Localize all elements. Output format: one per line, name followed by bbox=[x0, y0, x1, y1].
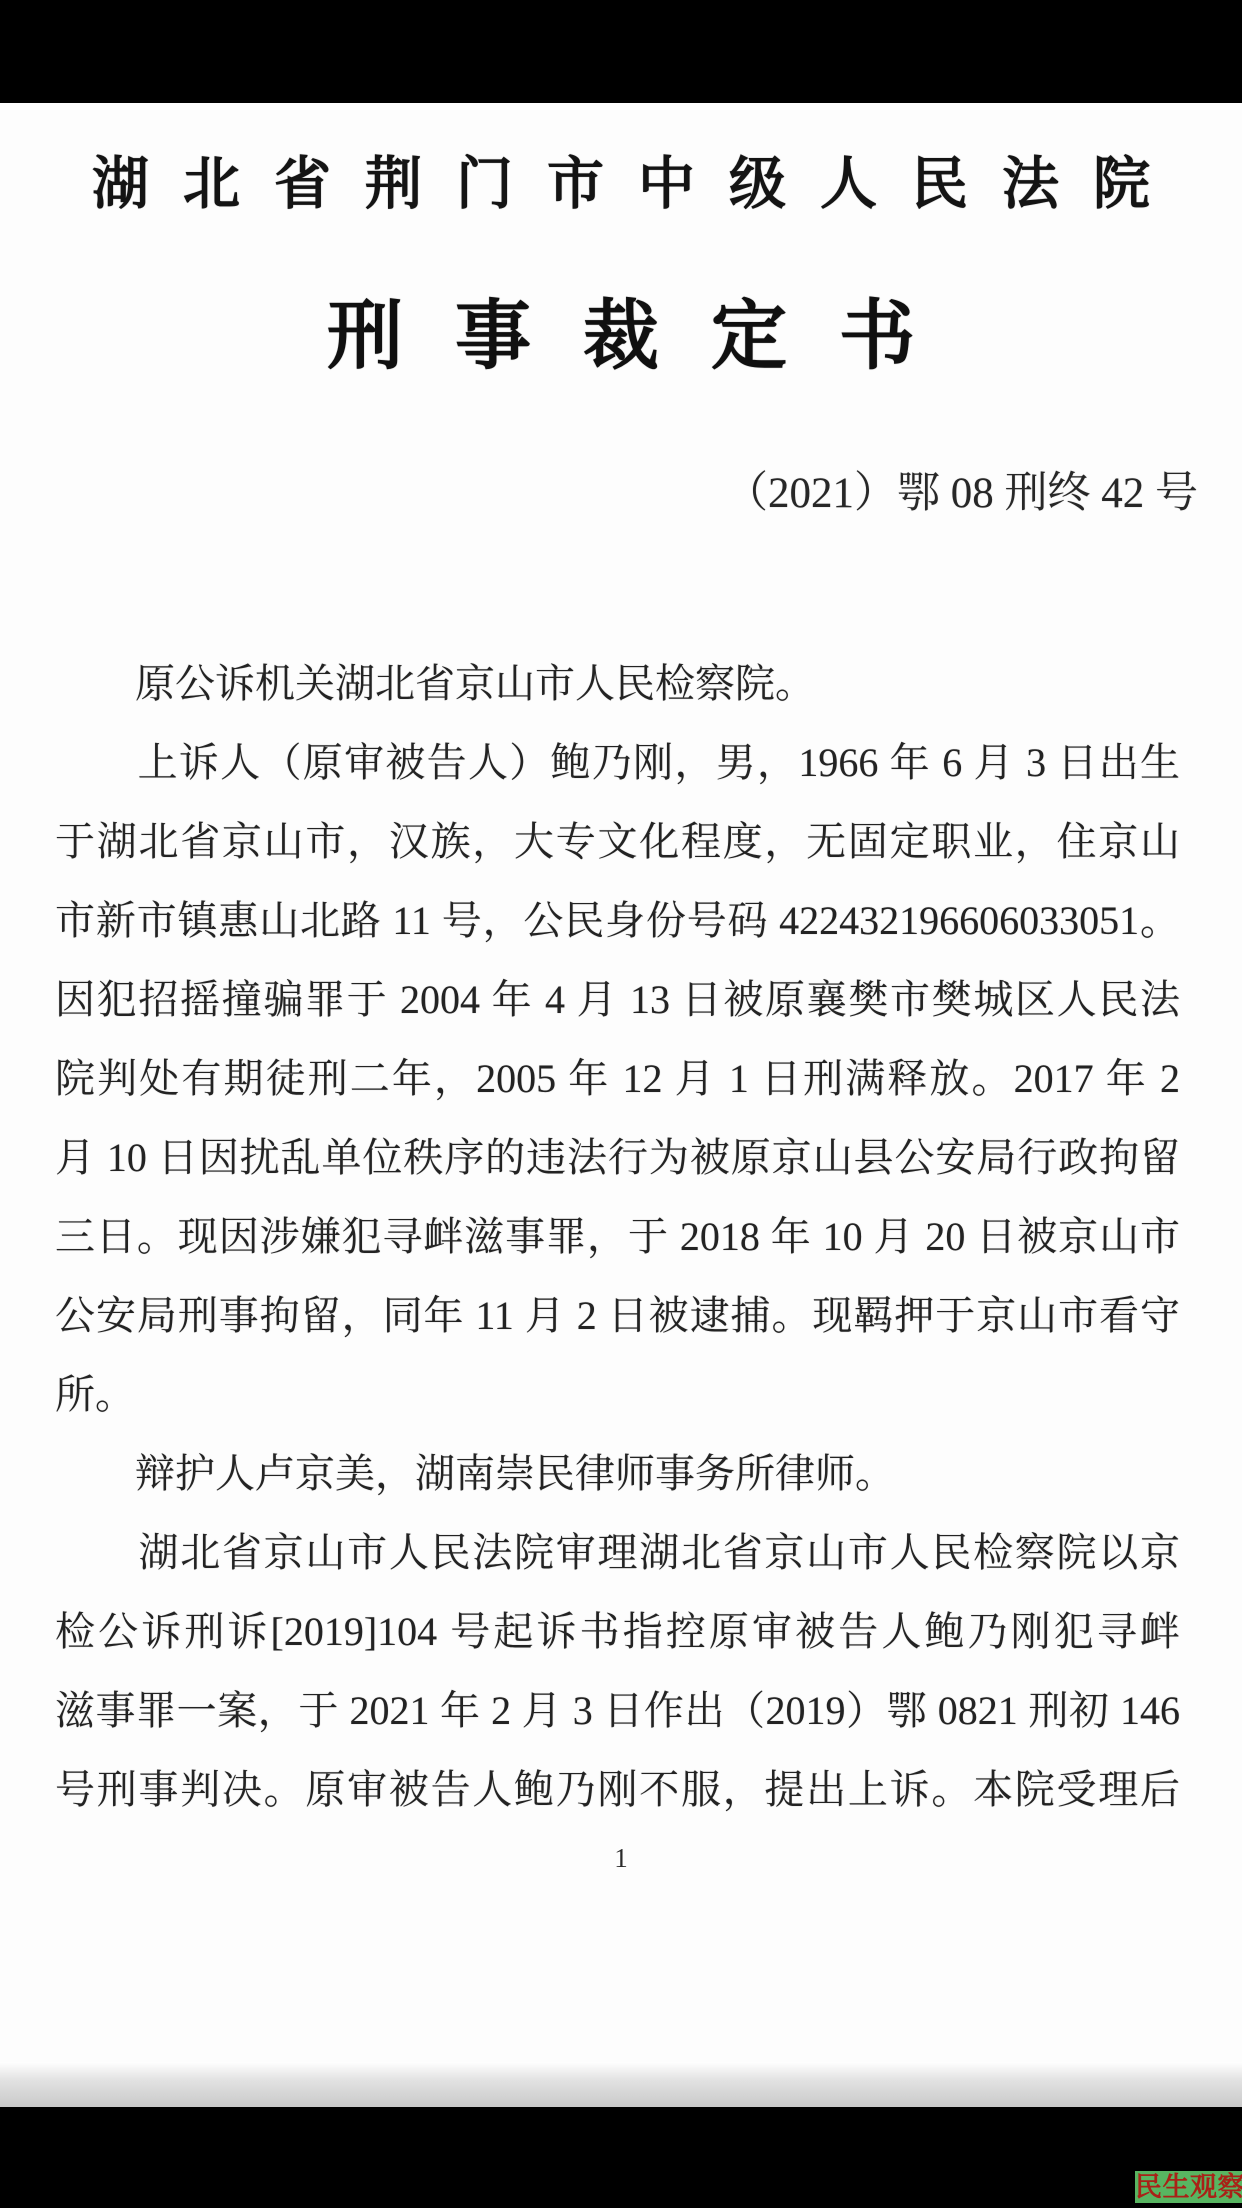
body-line: 滋事罪一案，于 2021 年 2 月 3 日作出（2019）鄂 0821 刑初 … bbox=[55, 1671, 1180, 1750]
watermark-badge: 民生观察 bbox=[1135, 2171, 1242, 2203]
body-line: 原公诉机关湖北省京山市人民检察院。 bbox=[55, 644, 1180, 723]
body-line: 检公诉刑诉[2019]104 号起诉书指控原审被告人鲍乃刚犯寻衅 bbox=[55, 1592, 1180, 1671]
body-line: 湖北省京山市人民法院审理湖北省京山市人民检察院以京 bbox=[55, 1513, 1180, 1592]
body-line: 辩护人卢京美，湖南崇民律师事务所律师。 bbox=[55, 1434, 1180, 1513]
body-line: 院判处有期徒刑二年，2005 年 12 月 1 日刑满释放。2017 年 2 bbox=[55, 1039, 1180, 1118]
body-line: 所。 bbox=[55, 1355, 1180, 1434]
scanned-document-page: 湖北省荆门市中级人民法院 刑事裁定书 （2021）鄂 08 刑终 42 号 原公… bbox=[0, 103, 1242, 2062]
body-line: 公安局刑事拘留，同年 11 月 2 日被逮捕。现羁押于京山市看守 bbox=[55, 1276, 1180, 1355]
watermark-text: 民生观察 bbox=[1135, 2172, 1242, 2202]
page-number: 1 bbox=[0, 1843, 1242, 1874]
body-line: 上诉人（原审被告人）鲍乃刚，男，1966 年 6 月 3 日出生 bbox=[55, 723, 1180, 802]
body-line: 月 10 日因扰乱单位秩序的违法行为被原京山县公安局行政拘留 bbox=[55, 1118, 1180, 1197]
body-line: 三日。现因涉嫌犯寻衅滋事罪，于 2018 年 10 月 20 日被京山市 bbox=[55, 1197, 1180, 1276]
court-name: 湖北省荆门市中级人民法院 bbox=[0, 138, 1242, 220]
body-line: 号刑事判决。原审被告人鲍乃刚不服，提出上诉。本院受理后 bbox=[55, 1750, 1180, 1829]
image-viewer-screen: 湖北省荆门市中级人民法院 刑事裁定书 （2021）鄂 08 刑终 42 号 原公… bbox=[0, 0, 1242, 2208]
document-type-title: 刑事裁定书 bbox=[0, 275, 1242, 384]
document-body-text: 原公诉机关湖北省京山市人民检察院。 上诉人（原审被告人）鲍乃刚，男，1966 年… bbox=[0, 644, 1242, 1829]
case-number: （2021）鄂 08 刑终 42 号 bbox=[0, 459, 1242, 520]
bottom-bar bbox=[0, 2107, 1242, 2208]
body-line: 因犯招摇撞骗罪于 2004 年 4 月 13 日被原襄樊市樊城区人民法 bbox=[55, 960, 1180, 1039]
body-line: 市新市镇惠山北路 11 号，公民身份号码 422432196606033051。 bbox=[55, 881, 1180, 960]
page-bottom-fade bbox=[0, 2062, 1242, 2107]
status-bar bbox=[0, 0, 1242, 103]
body-line: 于湖北省京山市，汉族，大专文化程度，无固定职业，住京山 bbox=[55, 802, 1180, 881]
